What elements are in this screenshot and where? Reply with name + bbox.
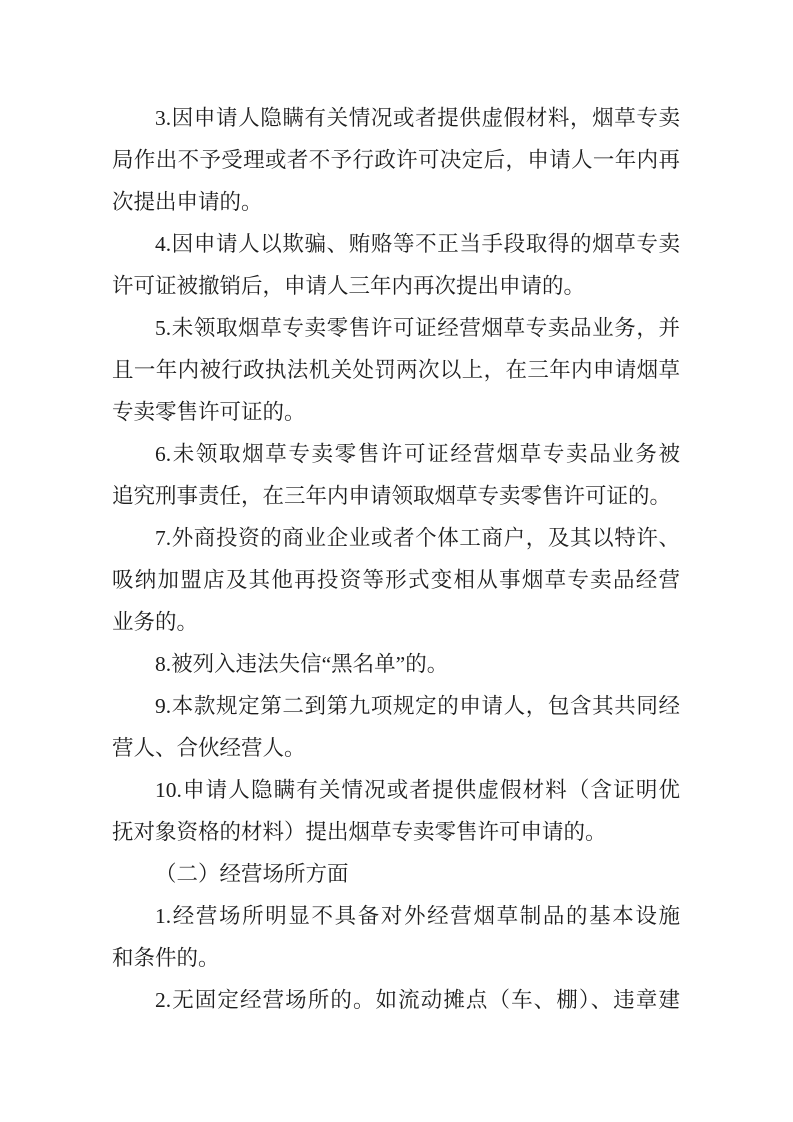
item-3-line-3: 次提出申请的。 [112, 181, 680, 223]
document-content: 3.因申请人隐瞒有关情况或者提供虚假材料，烟草专卖局作出不予受理或者不予行政许可… [112, 97, 680, 1021]
item-5-line-1: 5.未领取烟草专卖零售许可证经营烟草专卖品业务，并 [112, 307, 680, 349]
item-10-line-1: 10.申请人隐瞒有关情况或者提供虚假材料（含证明优 [112, 769, 680, 811]
sec2-item-1-line-1: 1.经营场所明显不具备对外经营烟草制品的基本设施 [112, 895, 680, 937]
item-9-line-1: 9.本款规定第二到第九项规定的申请人，包含其共同经 [112, 685, 680, 727]
sec2-item-2-line-1: 2.无固定经营场所的。如流动摊点（车、棚）、违章建 [112, 979, 680, 1021]
item-7-line-2: 吸纳加盟店及其他再投资等形式变相从事烟草专卖品经营 [112, 559, 680, 601]
item-5-line-2: 且一年内被行政执法机关处罚两次以上，在三年内申请烟草 [112, 349, 680, 391]
item-7-line-3: 业务的。 [112, 601, 680, 643]
item-10-line-2: 抚对象资格的材料）提出烟草专卖零售许可申请的。 [112, 811, 680, 853]
item-8-line-1: 8.被列入违法失信“黑名单”的。 [112, 643, 680, 685]
item-4-line-2: 许可证被撤销后，申请人三年内再次提出申请的。 [112, 265, 680, 307]
item-9-line-2: 营人、合伙经营人。 [112, 727, 680, 769]
sec2-item-1-line-2: 和条件的。 [112, 937, 680, 979]
section-2-heading-line-1: （二）经营场所方面 [112, 853, 680, 895]
item-3-line-2: 局作出不予受理或者不予行政许可决定后，申请人一年内再 [112, 139, 680, 181]
item-7-line-1: 7.外商投资的商业企业或者个体工商户，及其以特许、 [112, 517, 680, 559]
item-4-line-1: 4.因申请人以欺骗、贿赂等不正当手段取得的烟草专卖 [112, 223, 680, 265]
item-6-line-2: 追究刑事责任，在三年内申请领取烟草专卖零售许可证的。 [112, 475, 680, 517]
item-3-line-1: 3.因申请人隐瞒有关情况或者提供虚假材料，烟草专卖 [112, 97, 680, 139]
document-page: 3.因申请人隐瞒有关情况或者提供虚假材料，烟草专卖局作出不予受理或者不予行政许可… [0, 0, 793, 1122]
item-6-line-1: 6.未领取烟草专卖零售许可证经营烟草专卖品业务被 [112, 433, 680, 475]
item-5-line-3: 专卖零售许可证的。 [112, 391, 680, 433]
